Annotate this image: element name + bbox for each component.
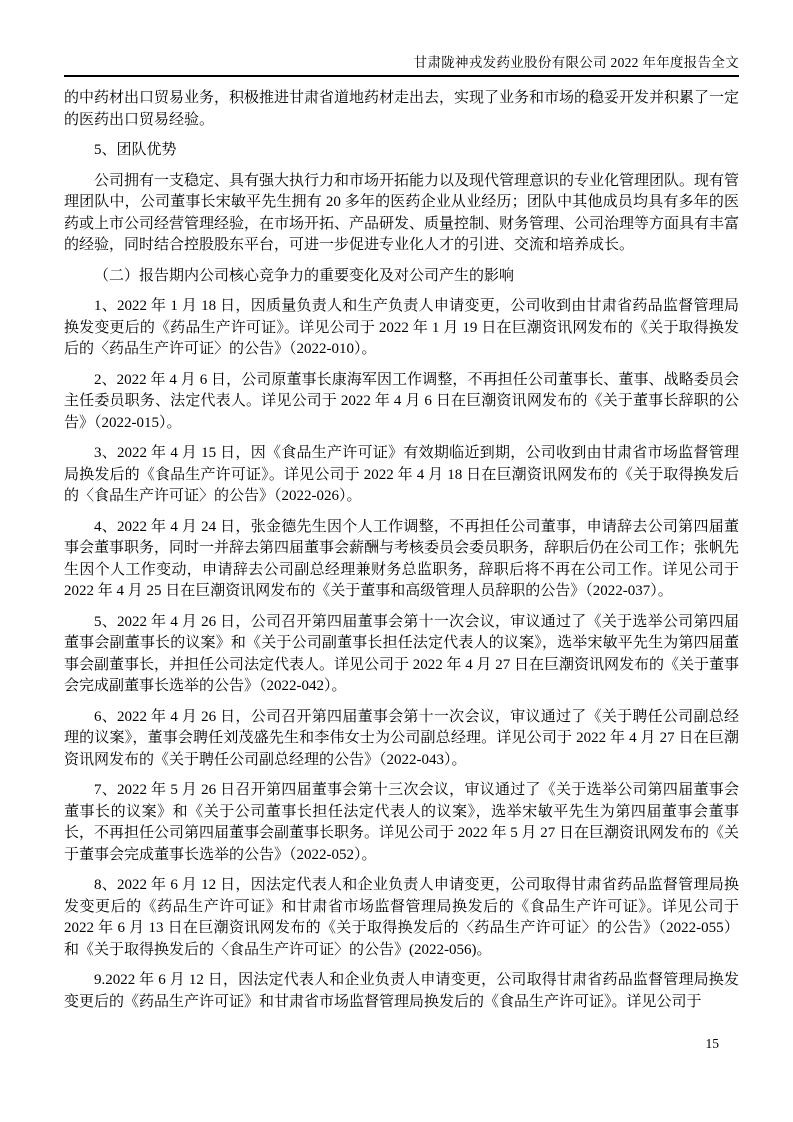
event-item-5: 5、2022 年 4 月 26 日，公司召开第四届董事会第十一次会议，审议通过了…: [64, 612, 739, 698]
team-advantage-paragraph: 公司拥有一支稳定、具有强大执行力和市场开拓能力以及现代管理意识的专业化管理团队。…: [64, 171, 739, 257]
event-item-1: 1、2022 年 1 月 18 日，因质量负责人和生产负责人申请变更，公司收到由…: [64, 296, 739, 361]
event-item-8: 8、2022 年 6 月 12 日，因法定代表人和企业负责人申请变更，公司取得甘…: [64, 875, 739, 961]
page-number: 15: [706, 1036, 720, 1052]
event-item-6: 6、2022 年 4 月 26 日，公司召开第四届董事会第十一次会议，审议通过了…: [64, 707, 739, 772]
event-item-7: 7、2022 年 5 月 26 日召开第四届董事会第十三次会议，审议通过了《关于…: [64, 780, 739, 866]
page-header-title: 甘肃陇神戎发药业股份有限公司 2022 年年度报告全文: [64, 54, 739, 72]
header-rule: [64, 75, 739, 77]
section-2-heading: （二）报告期内公司核心竞争力的重要变化及对公司产生的影响: [64, 266, 739, 288]
event-item-2: 2、2022 年 4 月 6 日，公司原董事长康海军因工作调整，不再担任公司董事…: [64, 370, 739, 435]
event-item-4: 4、2022 年 4 月 24 日，张金德先生因个人工作调整，不再担任公司董事，…: [64, 517, 739, 603]
document-body: 的中药材出口贸易业务，积极推进甘肃省道地药材走出去，实现了业务和市场的稳妥开发并…: [64, 88, 739, 1022]
report-page: 甘肃陇神戎发药业股份有限公司 2022 年年度报告全文 的中药材出口贸易业务，积…: [0, 0, 793, 1122]
team-advantage-heading: 5、团队优势: [64, 140, 739, 162]
event-item-9: 9.2022 年 6 月 12 日，因法定代表人和企业负责人申请变更，公司取得甘…: [64, 970, 739, 1013]
event-item-3: 3、2022 年 4 月 15 日，因《食品生产许可证》有效期临近到期，公司收到…: [64, 443, 739, 508]
page-header: 甘肃陇神戎发药业股份有限公司 2022 年年度报告全文: [64, 54, 739, 85]
continuation-paragraph: 的中药材出口贸易业务，积极推进甘肃省道地药材走出去，实现了业务和市场的稳妥开发并…: [64, 88, 739, 131]
